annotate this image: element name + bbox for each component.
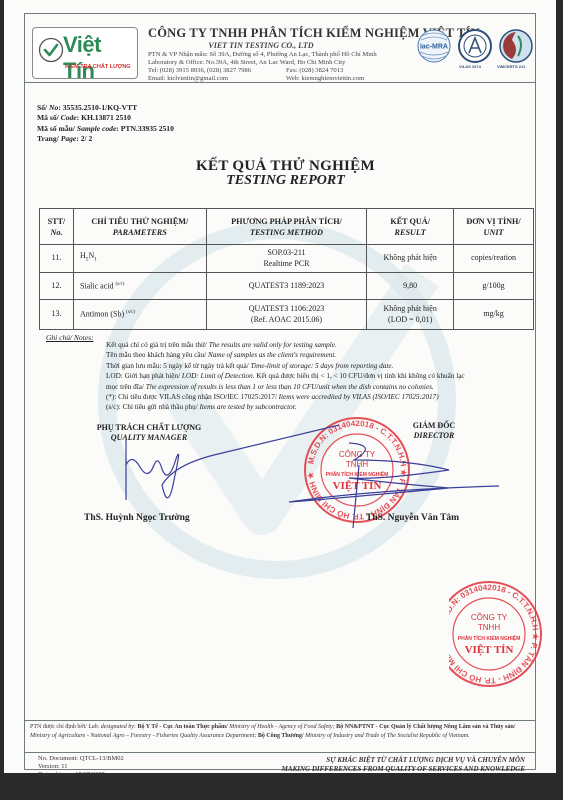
company-logo: Việt Tín KIỂM TRA CHẤT LƯỢNG: [32, 27, 138, 79]
note-line: Kết quả chỉ có giá trị trên mẫu thử/ The…: [106, 340, 526, 350]
telephone: Tel: (028) 3915 8936, (028) 3827 7986: [148, 67, 251, 74]
row-unit: g/100g: [454, 273, 534, 300]
letterhead: Việt Tín KIỂM TRA CHẤT LƯỢNG CÔNG TY TNH…: [24, 13, 536, 83]
row-method: SOP.03-211Realtime PCR: [206, 245, 367, 273]
row-no: 13.: [40, 300, 74, 330]
quality-manager-title: PHỤ TRÁCH CHẤT LƯỢNGQUALITY MANAGER: [84, 423, 214, 443]
row-method: QUATEST3 1106:2023(Ref. AOAC 2015.06): [206, 300, 367, 330]
header-parameters: CHỈ TIÊU THỬ NGHIỆM/PARAMETERS: [73, 209, 206, 245]
row-result: Không phát hiện: [367, 245, 454, 273]
sample-code: Mã số mẫu/ Sample code: PTN.33935 2510: [37, 124, 174, 134]
note-line: (*): Chỉ tiêu được VILAS công nhận ISO/I…: [106, 392, 526, 402]
website: Web: kiemnghiemviettin.com: [286, 75, 364, 82]
check-circle-icon: [38, 37, 64, 63]
row-parameter: Sialic acid (s/c): [73, 273, 206, 300]
report-number: Số/ No: 35535.2510-1/KQ-VTT: [37, 103, 174, 113]
accreditation-badges: Iac-MRA VILAS 1074 VIMCERTS 211: [416, 28, 534, 78]
customer-code: Mã số/ Code: KH.13871 2510: [37, 113, 174, 123]
page-number: Trang/ Page: 2/ 2: [37, 134, 174, 144]
row-result: Không phát hiện(LOD = 0,01): [367, 300, 454, 330]
table-header-row: STT/No. CHỈ TIÊU THỬ NGHIỆM/PARAMETERS P…: [40, 209, 534, 245]
row-parameter: Antimon (Sb) (s/c): [73, 300, 206, 330]
company-name-en: VIET TIN TESTING CO., LTD: [148, 41, 374, 50]
document-page: Việt Tín KIỂM TRA CHẤT LƯỢNG CÔNG TY TNH…: [4, 0, 556, 773]
header-method: PHƯƠNG PHÁP PHÂN TÍCH/TESTING METHOD: [206, 209, 367, 245]
note-line: Thời gian lưu mẫu: 5 ngày kể từ ngày trả…: [106, 361, 526, 371]
fax: Fax: (028) 3824 7013: [286, 67, 343, 74]
table-row: 13. Antimon (Sb) (s/c) QUATEST3 1106:202…: [40, 300, 534, 330]
report-meta: Số/ No: 35535.2510-1/KQ-VTT Mã số/ Code:…: [37, 103, 174, 144]
row-unit: copies/reation: [454, 245, 534, 273]
quality-manager-name: ThS. Huỳnh Ngọc Trường: [84, 513, 190, 523]
vimcerts-label: VIMCERTS 211: [497, 64, 525, 69]
vimcerts-badge-icon: [498, 28, 534, 64]
document-info: No. Document: QTCL-13/BM02 Version: 11 D…: [38, 755, 124, 779]
table-row: 12. Sialic acid (s/c) QUATEST3 1189:2023…: [40, 273, 534, 300]
note-line: LOD: Giới hạn phát hiện/ LOD: Limit of D…: [106, 371, 526, 381]
company-slogan: SỰ KHÁC BIỆT TỪ CHẤT LƯỢNG DỊCH VỤ VÀ CH…: [282, 756, 525, 774]
document-number: No. Document: QTCL-13/BM02: [38, 755, 124, 763]
lab-designation: PTN được chỉ định bởi/ Lab. designated b…: [24, 720, 536, 750]
director-name: ThS. Nguyễn Văn Tâm: [366, 513, 459, 523]
vilas-badge-icon: [457, 28, 493, 64]
iac-mra-badge-icon: Iac-MRA: [416, 28, 452, 64]
date-of-issue: Date of issue: 15/07/2025: [38, 771, 124, 779]
address-en: Laboratory & Office: No.39A, 4th Street,…: [148, 59, 345, 66]
report-title-en: TESTING REPORT: [4, 173, 563, 189]
notes: Kết quả chỉ có giá trị trên mẫu thử/ The…: [106, 340, 526, 413]
header-no: STT/No.: [40, 209, 74, 245]
notes-label: Ghi chú/ Notes:: [46, 333, 94, 342]
vilas-label: VILAS 1074: [459, 64, 481, 69]
row-parameter: H5N1: [73, 245, 206, 273]
row-no: 12.: [40, 273, 74, 300]
row-result: 9,80: [367, 273, 454, 300]
note-line: mọc trên đĩa/ The expression of results …: [106, 382, 526, 392]
header-unit: ĐƠN VỊ TÍNH/UNIT: [454, 209, 534, 245]
logo-tagline: KIỂM TRA CHẤT LƯỢNG: [65, 64, 131, 70]
svg-text:Iac-MRA: Iac-MRA: [420, 44, 448, 51]
row-unit: mg/kg: [454, 300, 534, 330]
director-title: GIÁM ĐỐCDIRECTOR: [384, 421, 484, 441]
header-result: KẾT QUẢ/RESULT: [367, 209, 454, 245]
logo-name: Việt Tín: [63, 32, 137, 84]
row-no: 11.: [40, 245, 74, 273]
document-version: Version: 11: [38, 763, 124, 771]
address-vi: PTN & VP Nhận mẫu: Số 39A, Đường số 4, P…: [148, 51, 377, 58]
table-row: 11. H5N1 SOP.03-211Realtime PCR Không ph…: [40, 245, 534, 273]
row-method: QUATEST3 1189:2023: [206, 273, 367, 300]
results-table: STT/No. CHỈ TIÊU THỬ NGHIỆM/PARAMETERS P…: [39, 208, 534, 330]
email: Email: ktclviettin@gmail.com: [148, 75, 228, 82]
note-line: (s/c): Chỉ tiêu gửi nhà thầu phụ/ Items …: [106, 402, 526, 412]
note-line: Tên mẫu theo khách hàng yêu cầu/ Name of…: [106, 350, 526, 360]
